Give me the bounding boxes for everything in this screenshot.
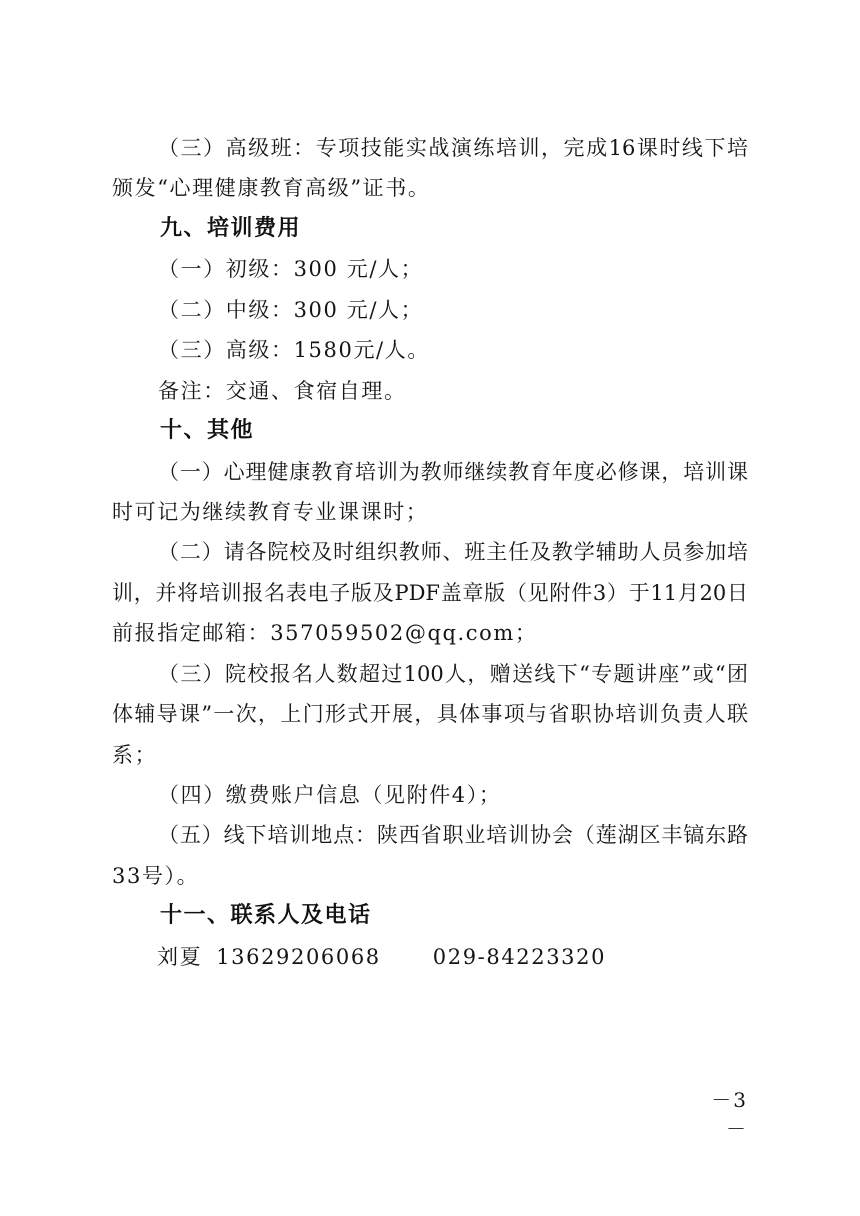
- section-heading-other: 十、其他: [112, 411, 748, 451]
- section-heading-fees: 九、培训费用: [112, 209, 748, 249]
- other-item-5-line: 33号）。: [112, 856, 748, 896]
- contact-phone: 029-84223320: [433, 945, 606, 969]
- section-heading-contact: 十一、联系人及电话: [112, 896, 748, 936]
- other-item-1-line: 时可记为继续教育专业课课时；: [112, 492, 748, 532]
- contact-mobile: 13629206068: [216, 945, 381, 969]
- other-item-3-line: 体辅导课”一次，上门形式开展，具体事项与省职协培训负责人联: [112, 694, 748, 734]
- fee-item-advanced: （三）高级：1580元/人。: [112, 330, 748, 370]
- other-item-2-line: （二）请各院校及时组织教师、班主任及教学辅助人员参加培: [112, 532, 748, 572]
- paragraph-line: 颁发“心理健康教育高级”证书。: [112, 168, 748, 208]
- document-page: （三）高级班：专项技能实战演练培训，完成16课时线下培训， 颁发“心理健康教育高…: [0, 0, 860, 1216]
- fee-item-basic: （一）初级：300 元/人；: [112, 249, 748, 289]
- other-item-3-line: 系；: [112, 735, 748, 775]
- other-item-4-line: （四）缴费账户信息（见附件4）；: [112, 775, 748, 815]
- other-item-1-line: （一）心理健康教育培训为教师继续教育年度必修课，培训课: [112, 452, 748, 492]
- paragraph-line: （三）高级班：专项技能实战演练培训，完成16课时线下培训，: [112, 128, 748, 168]
- other-item-3-line: （三）院校报名人数超过100人，赠送线下“专题讲座”或“团: [112, 654, 748, 694]
- fee-note: 备注：交通、食宿自理。: [112, 371, 748, 411]
- other-item-2-line-email: 前报指定邮箱：357059502@qq.com；: [112, 613, 748, 653]
- fee-item-intermediate: （二）中级：300 元/人；: [112, 290, 748, 330]
- contact-line: 刘夏13629206068029-84223320: [112, 937, 748, 977]
- document-body: （三）高级班：专项技能实战演练培训，完成16课时线下培训， 颁发“心理健康教育高…: [112, 128, 748, 977]
- other-item-5-line: （五）线下培训地点：陕西省职业培训协会（莲湖区丰镐东路: [112, 815, 748, 855]
- other-item-2-line: 训，并将培训报名表电子版及PDF盖章版（见附件3）于11月20日: [112, 573, 748, 613]
- page-number: －3 －: [690, 1084, 748, 1142]
- contact-name: 刘夏: [157, 945, 202, 969]
